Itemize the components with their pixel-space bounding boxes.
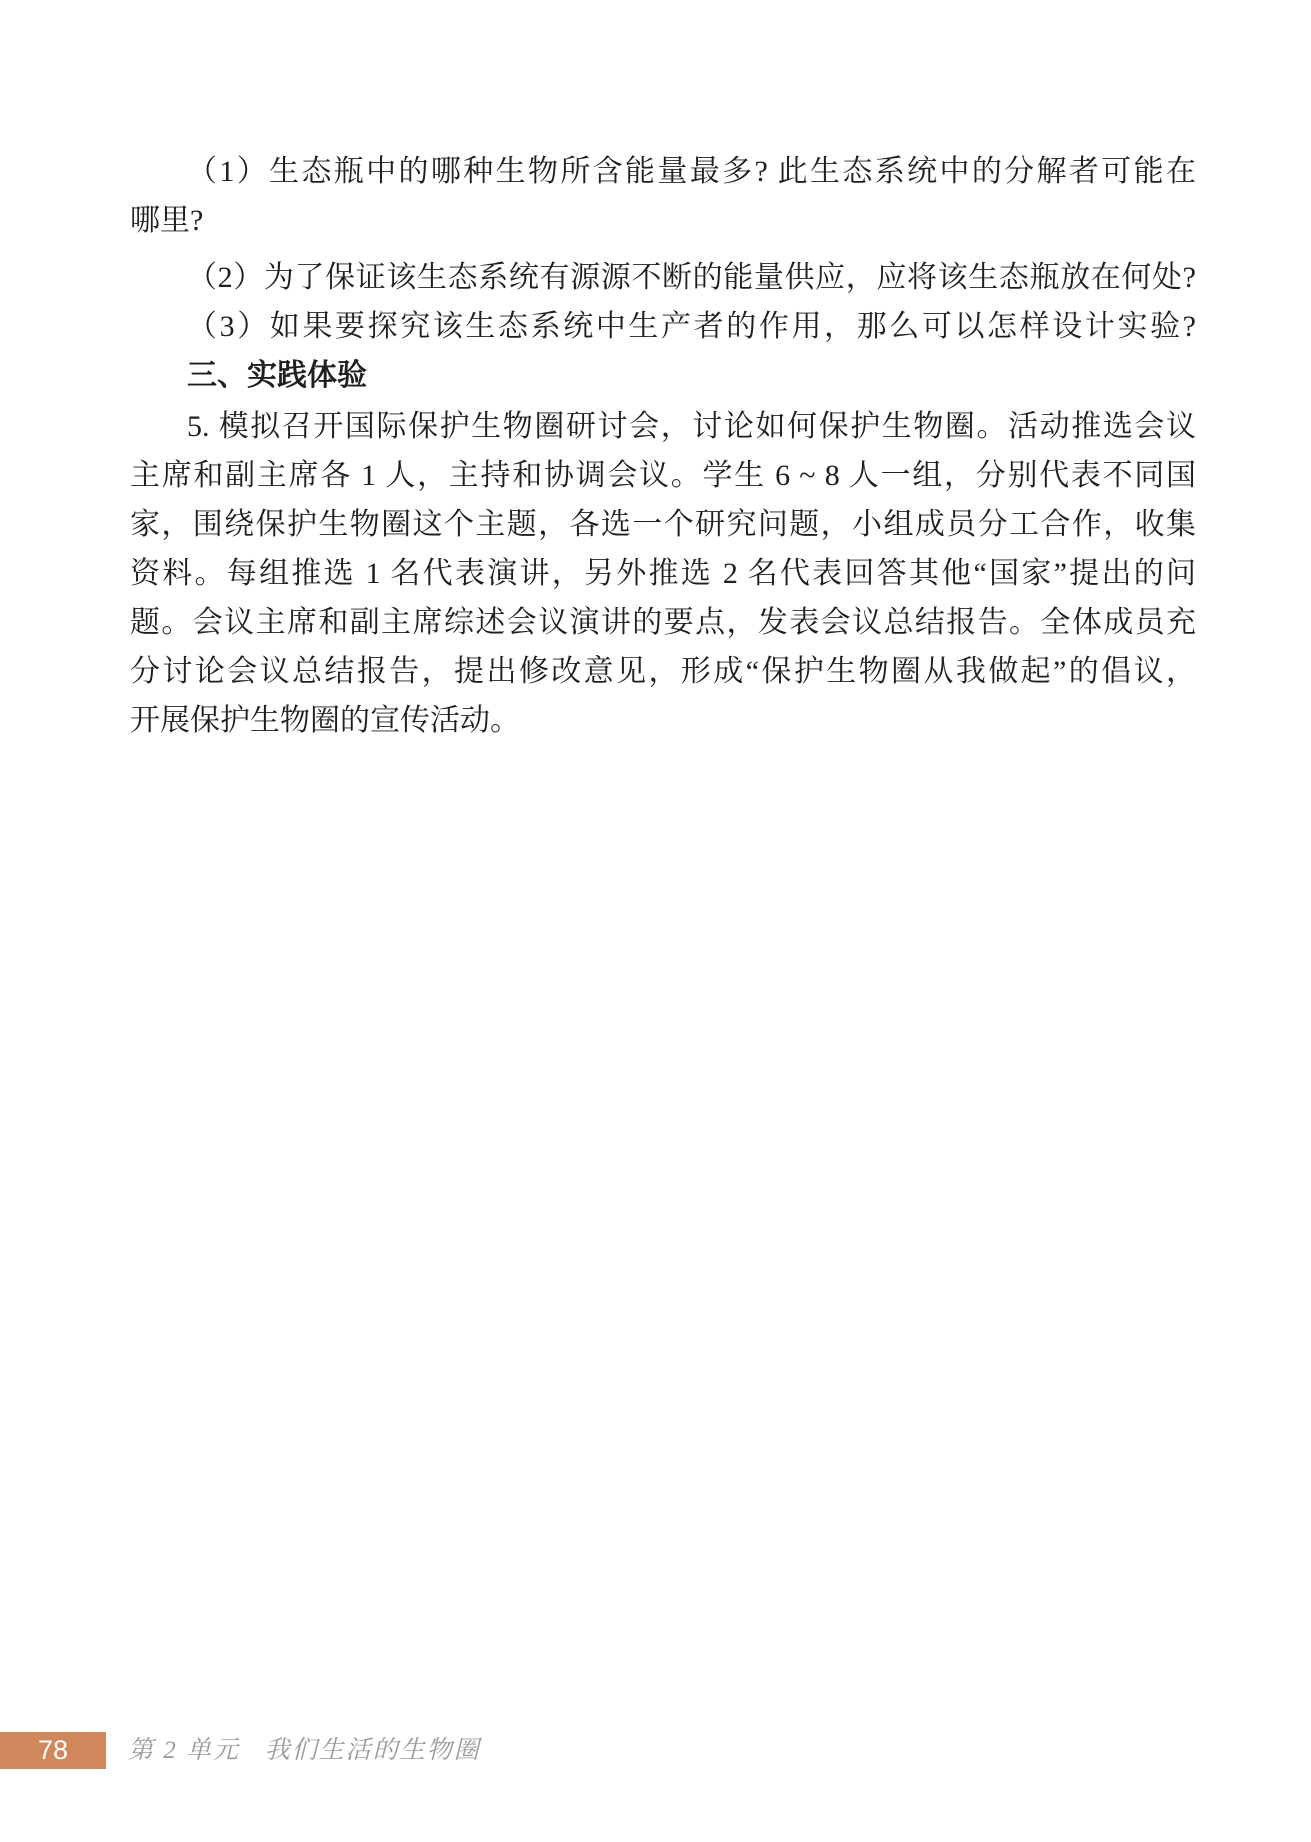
paragraph: （2）为了保证该生态系统有源源不断的能量供应，应将该生态瓶放在何处?	[130, 253, 1196, 302]
text-line: 题。会议主席和副主席综述会议演讲的要点，发表会议总结报告。全体成员充	[130, 598, 1196, 647]
text-line: （3）如果要探究该生态系统中生产者的作用，那么可以怎样设计实验?	[130, 302, 1196, 351]
section-heading: 三、实践体验	[130, 351, 1196, 400]
text-line: 家，围绕保护生物圈这个主题，各选一个研究问题，小组成员分工合作，收集	[130, 500, 1196, 549]
text-line: 资料。每组推选 1 名代表演讲，另外推选 2 名代表回答其他“国家”提出的问	[130, 549, 1196, 598]
page-number: 78	[38, 1735, 68, 1766]
footer-section-label: 第 2 单元 我们生活的生物圈	[128, 1732, 481, 1769]
page-number-badge: 78	[0, 1732, 106, 1769]
text-line: （1）生态瓶中的哪种生物所含能量最多? 此生态系统中的分解者可能在	[130, 147, 1196, 196]
text-line: 哪里?	[130, 196, 1196, 245]
paragraph: （1）生态瓶中的哪种生物所含能量最多? 此生态系统中的分解者可能在哪里?	[130, 147, 1196, 245]
text-line: 开展保护生物圈的宣传活动。	[130, 696, 1196, 745]
text-line: 5. 模拟召开国际保护生物圈研讨会，讨论如何保护生物圈。活动推选会议	[130, 402, 1196, 451]
paragraph: 5. 模拟召开国际保护生物圈研讨会，讨论如何保护生物圈。活动推选会议主席和副主席…	[130, 402, 1196, 745]
paragraph: （3）如果要探究该生态系统中生产者的作用，那么可以怎样设计实验?	[130, 302, 1196, 351]
textbook-page: （1）生态瓶中的哪种生物所含能量最多? 此生态系统中的分解者可能在哪里?（2）为…	[0, 0, 1311, 1842]
text-line: 主席和副主席各 1 人，主持和协调会议。学生 6 ~ 8 人一组，分别代表不同国	[130, 451, 1196, 500]
text-line: （2）为了保证该生态系统有源源不断的能量供应，应将该生态瓶放在何处?	[130, 253, 1196, 302]
page-text-block: （1）生态瓶中的哪种生物所含能量最多? 此生态系统中的分解者可能在哪里?（2）为…	[130, 147, 1196, 745]
text-line: 三、实践体验	[130, 351, 1196, 400]
text-line: 分讨论会议总结报告，提出修改意见，形成“保护生物圈从我做起”的倡议，	[130, 647, 1196, 696]
